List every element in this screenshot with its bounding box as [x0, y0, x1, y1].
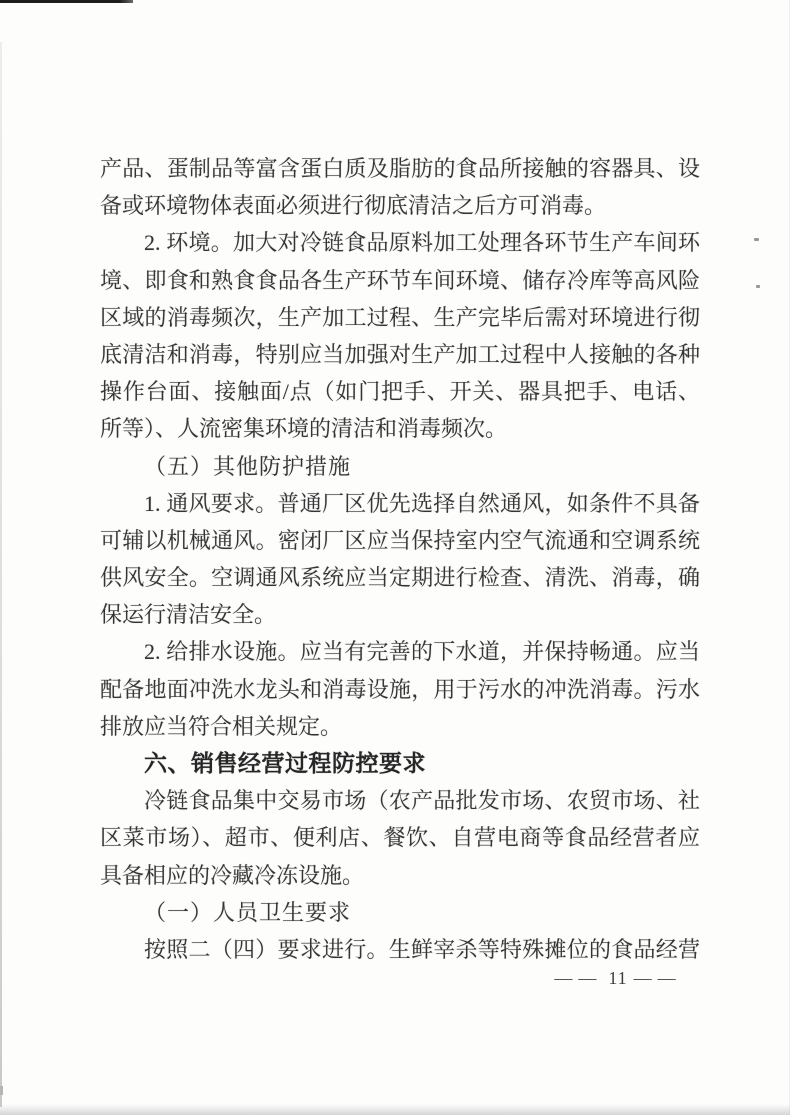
scan-artifact-left-edge	[0, 42, 2, 1107]
scan-artifact-corner-mark	[0, 1086, 3, 1095]
text-line: 境、即食和熟食食品各生产环节车间环境、储存冷库等高风险	[100, 262, 700, 299]
document-page: 产品、蛋制品等富含蛋白质及脂肪的食品所接触的容器具、设备或环境物体表面必须进行彻…	[0, 0, 790, 1115]
text-line: 区域的消毒频次，生产加工过程、生产完毕后需对环境进行彻	[100, 299, 700, 336]
sub-heading: （一）人员卫生要求	[100, 894, 700, 931]
scan-speck	[754, 238, 759, 241]
document-body: 产品、蛋制品等富含蛋白质及脂肪的食品所接触的容器具、设备或环境物体表面必须进行彻…	[100, 150, 700, 968]
text-line: 产品、蛋制品等富含蛋白质及脂肪的食品所接触的容器具、设	[100, 150, 700, 187]
text-line: 底清洁和消毒，特别应当加强对生产加工过程中人接触的各种	[100, 336, 700, 373]
section-heading: 六、销售经营过程防控要求	[100, 745, 700, 782]
text-line: 冷链食品集中交易市场（农产品批发市场、农贸市场、社	[100, 782, 700, 819]
text-line: 按照二（四）要求进行。生鲜宰杀等特殊摊位的食品经营	[100, 931, 700, 968]
text-line: 配备地面冲洗水龙头和消毒设施，用于污水的冲洗消毒。污水	[100, 671, 700, 708]
page-number: 11	[602, 968, 633, 988]
text-line: 保运行清洁安全。	[100, 596, 700, 633]
scan-speck	[756, 285, 760, 288]
text-line: 2. 给排水设施。应当有完善的下水道，并保持畅通。应当	[100, 633, 700, 670]
text-line: 排放应当符合相关规定。	[100, 708, 700, 745]
text-line: 具备相应的冷藏冷冻设施。	[100, 857, 700, 894]
text-line: 所等）、人流密集环境的清洁和消毒频次。	[100, 410, 700, 447]
page-number-dashes-right: ——	[634, 968, 682, 988]
page-number-dashes-left: ——	[554, 968, 602, 988]
scan-artifact-bottom-shadow	[0, 1104, 790, 1115]
text-line: 可辅以机械通风。密闭厂区应当保持室内空气流通和空调系统	[100, 522, 700, 559]
sub-heading: （五）其他防护措施	[100, 448, 700, 485]
text-line: 供风安全。空调通风系统应当定期进行检查、清洗、消毒，确	[100, 559, 700, 596]
text-line: 操作台面、接触面/点（如门把手、开关、器具把手、电话、厕	[100, 373, 700, 410]
scan-artifact-top-strip	[0, 0, 133, 3]
text-line: 1. 通风要求。普通厂区优先选择自然通风，如条件不具备	[100, 485, 700, 522]
page-number-footer: ——11——	[543, 968, 693, 989]
text-line: 2. 环境。加大对冷链食品原料加工处理各环节生产车间环	[100, 224, 700, 261]
text-line: 备或环境物体表面必须进行彻底清洁之后方可消毒。	[100, 187, 700, 224]
text-line: 区菜市场）、超市、便利店、餐饮、自营电商等食品经营者应当	[100, 819, 700, 856]
